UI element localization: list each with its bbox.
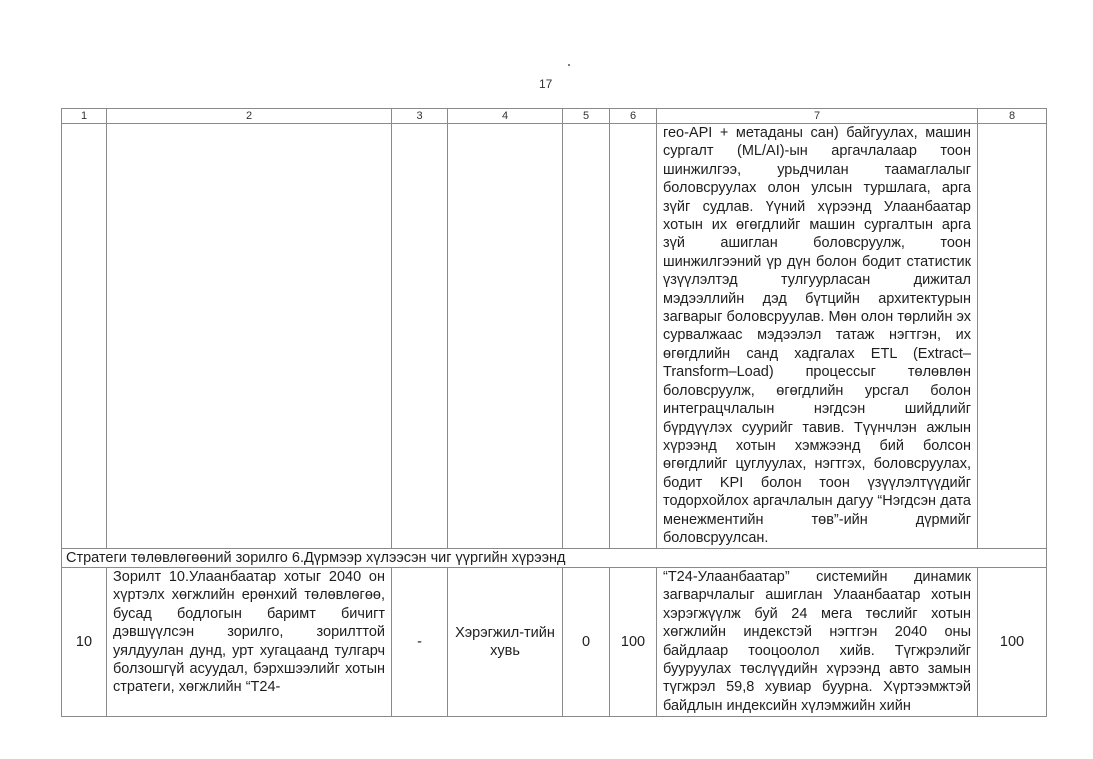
column-header-3: 3: [392, 109, 448, 124]
column-header-1: 1: [62, 109, 107, 124]
cell-implementation-description: гео-API + метаданы сан) байгуулах, машин…: [657, 124, 978, 549]
column-header-5: 5: [563, 109, 610, 124]
cell-col3: [392, 124, 448, 549]
section-heading: Стратеги төлөвлөгөөний зорилго 6.Дүрмээр…: [62, 549, 1047, 568]
cell-baseline: 0: [563, 568, 610, 717]
cell-implementation-description: “Т24-Улаанбаатар” системийн динамик загв…: [657, 568, 978, 717]
scan-artifact-dot: [568, 64, 570, 66]
section-heading-row: Стратеги төлөвлөгөөний зорилго 6.Дүрмээр…: [62, 549, 1047, 568]
indicator-table: 1 2 3 4 5 6 7 8 гео-API + метаданы сан) …: [61, 108, 1047, 717]
column-header-6: 6: [610, 109, 657, 124]
column-header-8: 8: [978, 109, 1047, 124]
cell-objective: Зорилт 10.Улаанбаатар хотыг 2040 он хүрт…: [107, 568, 392, 717]
cell-result: [978, 124, 1047, 549]
column-header-2: 2: [107, 109, 392, 124]
page-number: 17: [539, 77, 552, 91]
cell-objective: [107, 124, 392, 549]
table-row-continuation: гео-API + метаданы сан) байгуулах, машин…: [62, 124, 1047, 549]
cell-indicator: Хэрэгжил-тийн хувь: [448, 568, 563, 717]
column-header-4: 4: [448, 109, 563, 124]
cell-target: [610, 124, 657, 549]
column-number-header-row: 1 2 3 4 5 6 7 8: [62, 109, 1047, 124]
column-header-7: 7: [657, 109, 978, 124]
cell-number: 10: [62, 568, 107, 717]
table-row: 10 Зорилт 10.Улаанбаатар хотыг 2040 он х…: [62, 568, 1047, 717]
cell-baseline: [563, 124, 610, 549]
cell-result: 100: [978, 568, 1047, 717]
cell-target: 100: [610, 568, 657, 717]
cell-indicator: [448, 124, 563, 549]
cell-col3: -: [392, 568, 448, 717]
cell-number: [62, 124, 107, 549]
